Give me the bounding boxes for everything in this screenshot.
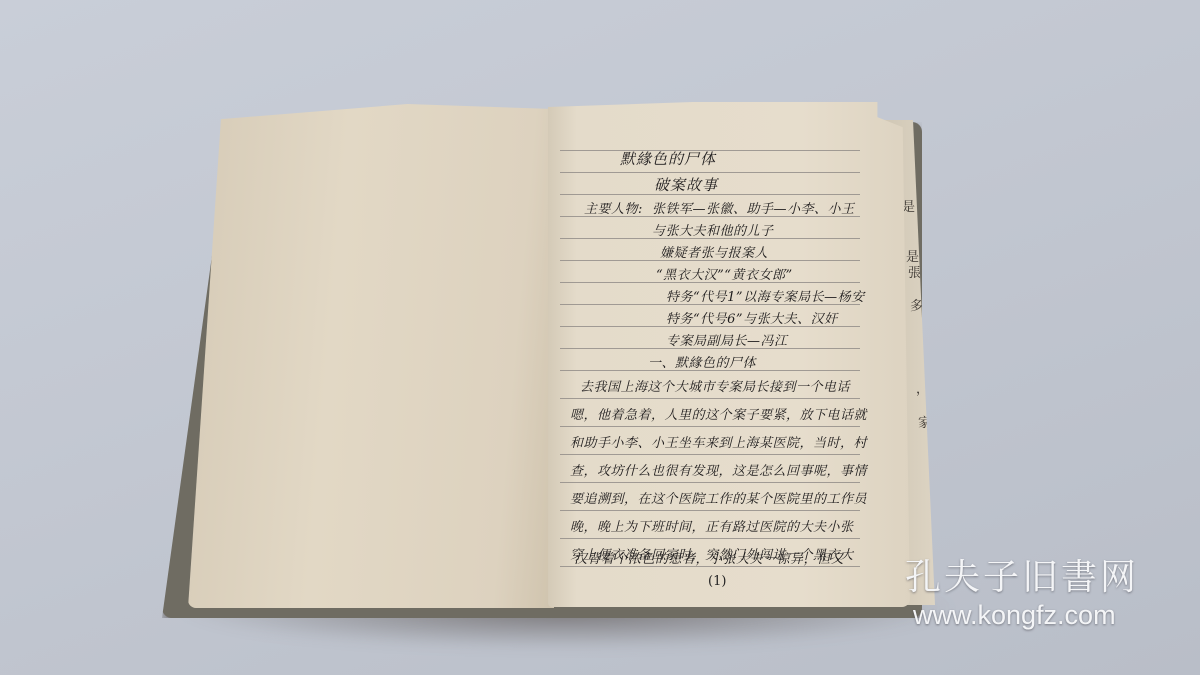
paragraph-line: 去我国上海这个大城市专案局长接到一个电话 [580,376,850,395]
chapter-heading: 一、默緣色的尸体 [648,352,756,371]
margin-char: 家 [918,412,931,431]
paragraph-line: 查，攻坊什么也很有发现，这是怎么回事呢，事情 [570,460,867,479]
story-title: 默緣色的尸体 [620,148,716,169]
character-line: 专案局副局长—冯江 [666,330,788,349]
photo-scene: 是 是 張 多 ， 家 默緣色的尸体 破案故事 主要人物: 张铁军—张徽、助手—… [0,0,1200,675]
right-page-handwritten: 默緣色的尸体 破案故事 主要人物: 张铁军—张徽、助手—小李、小王 与张大夫和他… [548,102,910,607]
paragraph-line: 和助手小李、小王坐车来到上海某医院，当时，村 [570,432,867,451]
watermark: 孔夫子旧書网 www.kongfz.com [905,558,1139,632]
left-page-blank [188,104,554,608]
watermark-url: www.kongfz.com [913,598,1139,632]
characters-label: 主要人物: [584,198,643,217]
character-line: 特务“代号6”与张大夫、汉奸 [666,308,838,327]
paragraph-line: 嗯，他着急着，人里的这个案子要紧，放下电话就 [570,404,867,423]
margin-char: 多 [910,295,923,314]
paragraph-line: 汉背着个浓色的患者，小张大夫一惊异，但又 [574,548,844,567]
character-line: 嫌疑者张与报案人 [660,242,768,261]
page-number: (1) [708,574,726,589]
story-subtitle: 破案故事 [654,174,718,195]
character-line: 张铁军—张徽、助手—小李、小王 [652,198,855,217]
margin-char: ， [916,378,929,397]
character-line: “黑衣大汉”“黄衣女郎” [656,264,793,283]
margin-char: 張 [908,262,921,281]
watermark-name: 孔夫子旧書网 [905,558,1139,598]
character-line: 与张大夫和他的儿子 [652,220,774,239]
paragraph-line: 晚，晚上为下班时间，正有路过医院的大夫小张 [570,516,854,535]
character-line: 特务“代号1”以海专案局长—杨安 [666,286,865,305]
paragraph-line: 要追溯到，在这个医院工作的某个医院里的工作员 [570,488,867,507]
